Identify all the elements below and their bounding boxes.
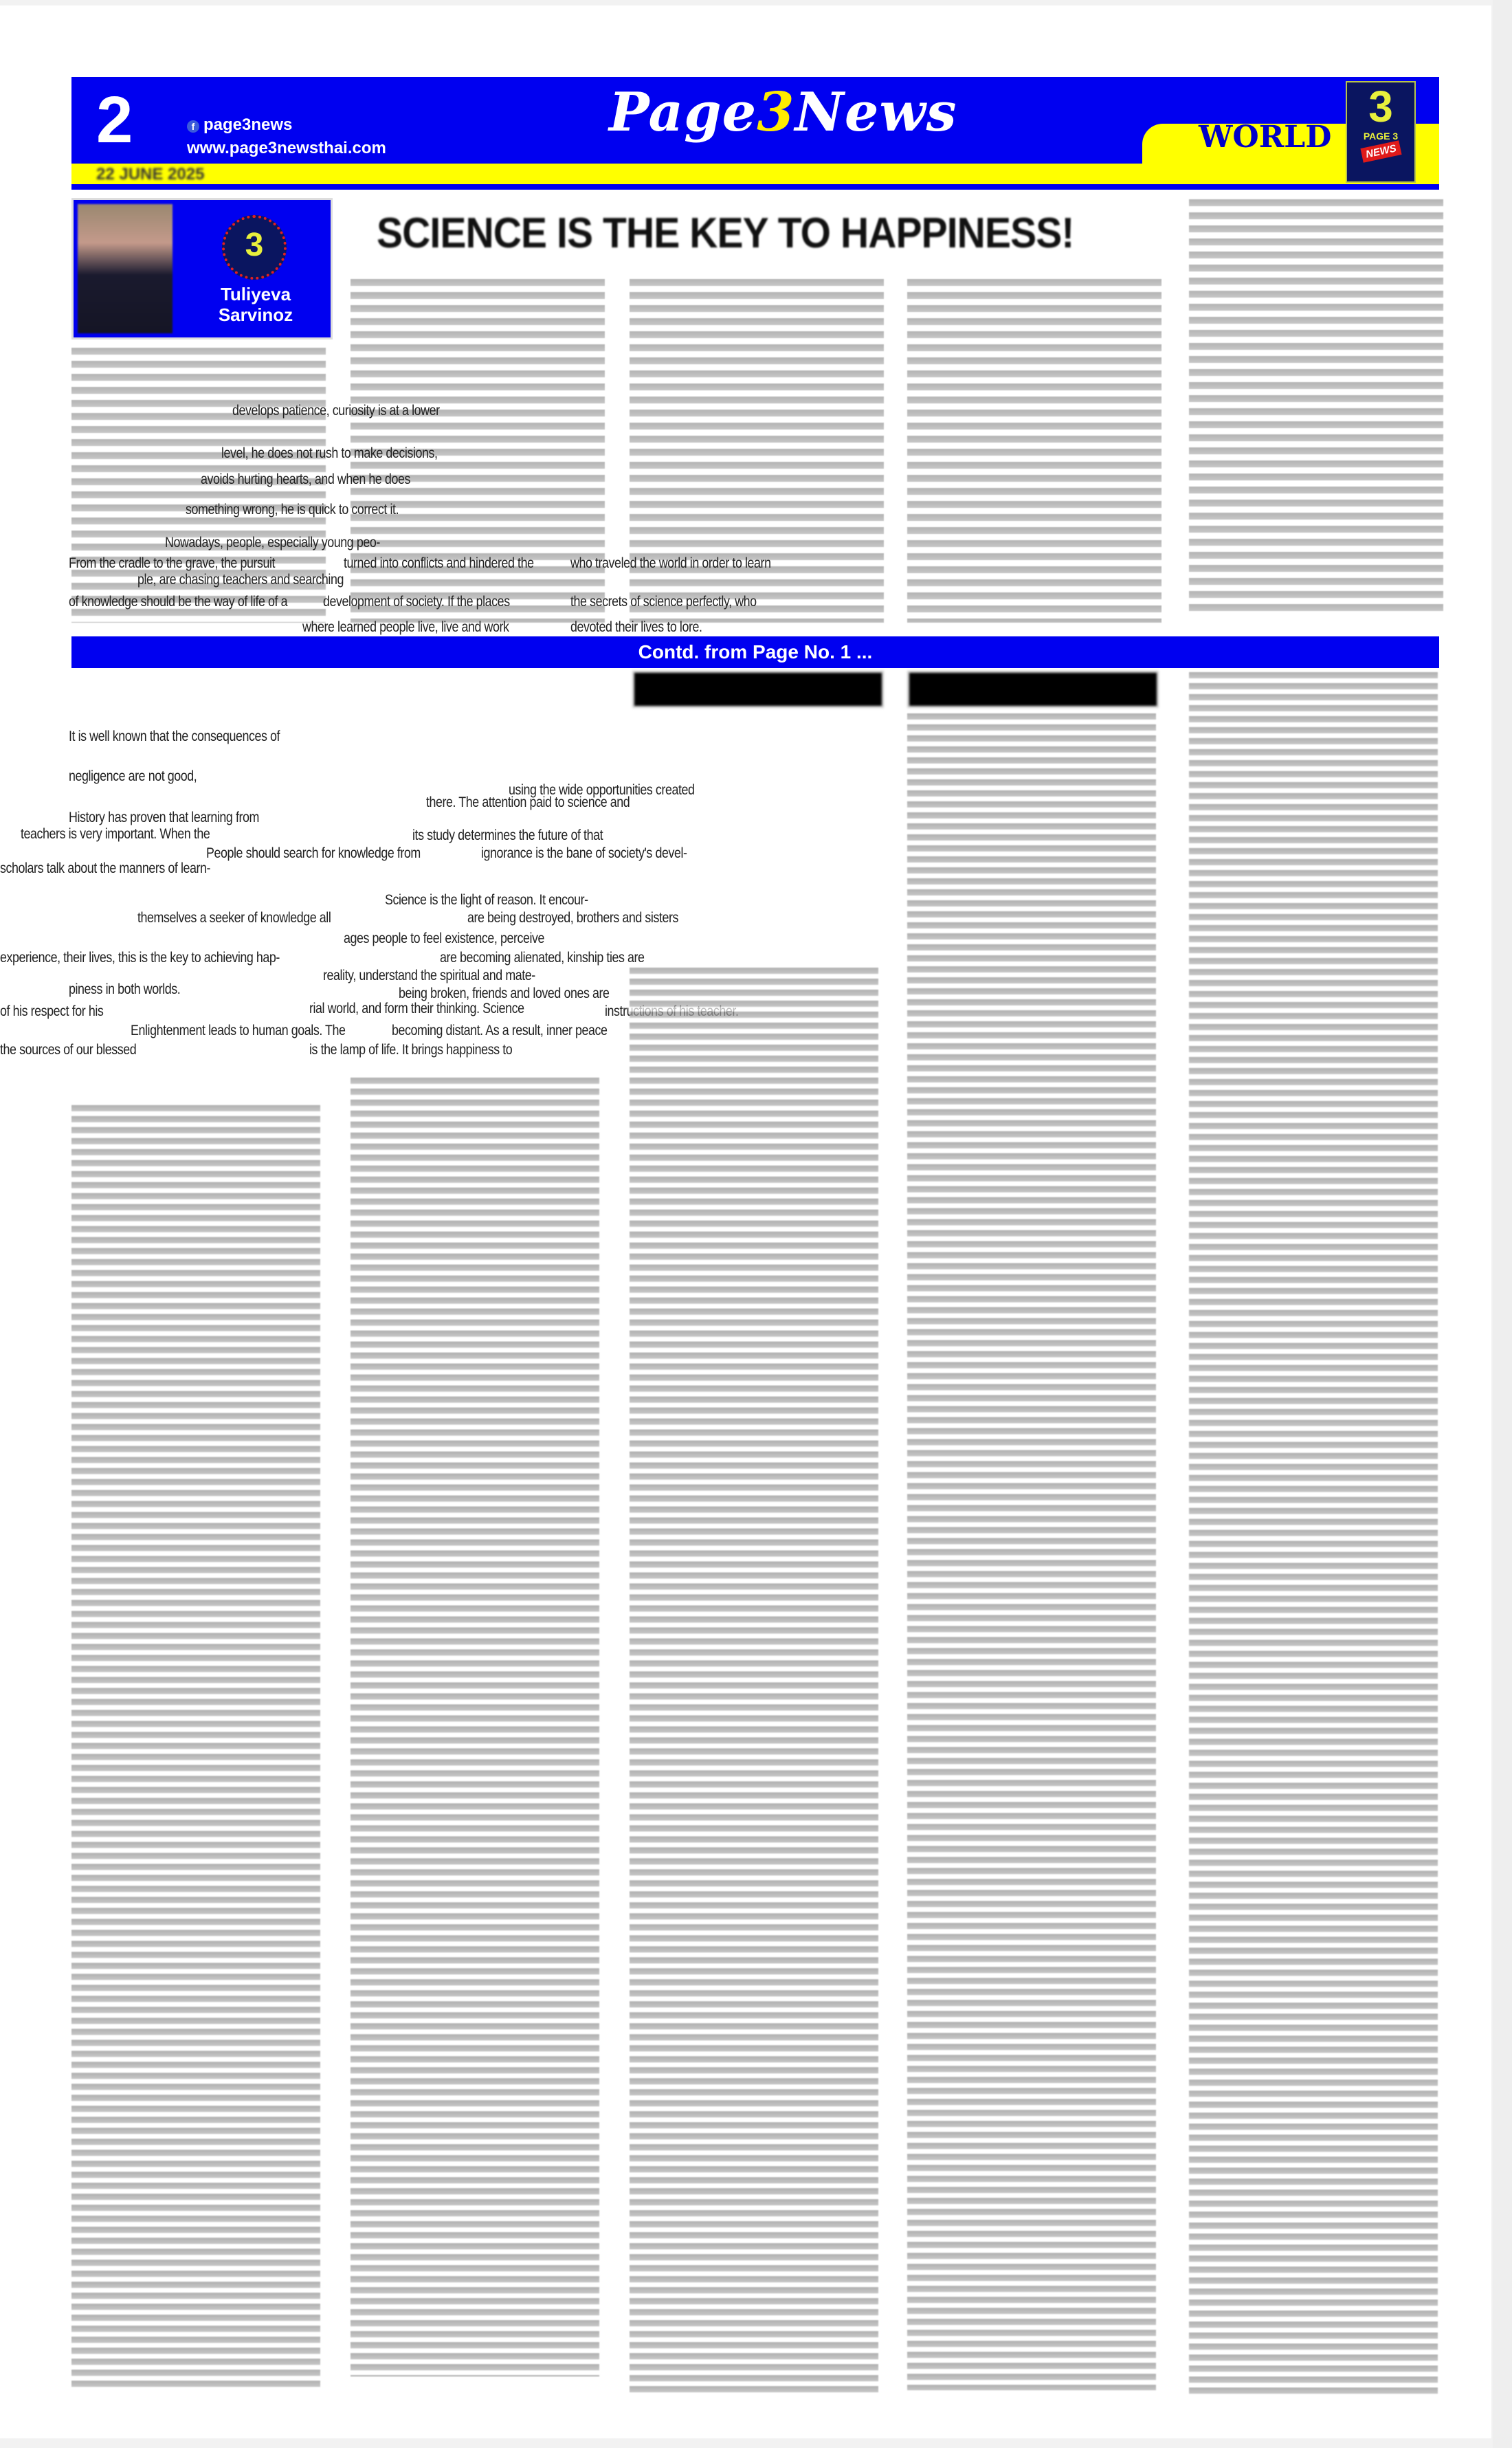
text-fragment: ages people to feel existence, perceive <box>344 931 544 947</box>
text-fragment: People should search for knowledge from <box>206 845 421 862</box>
text-fragment: devoted their lives to lore. <box>570 619 702 636</box>
text-fragment: who traveled the world in order to learn <box>570 555 771 572</box>
text-fragment: reality, understand the spiritual and ma… <box>323 968 535 984</box>
text-column <box>907 713 1156 2390</box>
text-fragment: level, he does not rush to make decision… <box>221 445 438 462</box>
facebook-link[interactable]: fpage3news <box>187 115 292 135</box>
logo-text-three: 3 <box>757 81 794 144</box>
text-fragment: avoids hurting hearts, and when he does <box>201 471 410 488</box>
continued-from-banner: Contd. from Page No. 1 ... <box>71 636 1439 668</box>
text-column <box>1189 672 1438 2397</box>
issue-date: 22 JUNE 2025 <box>96 165 204 184</box>
article-headline: SCIENCE IS THE KEY TO HAPPINESS! <box>377 209 1074 258</box>
text-fragment: piness in both worlds. <box>69 981 180 998</box>
author-photo <box>78 204 173 333</box>
masthead: 2 fpage3news www.page3newsthai.com 22 JU… <box>71 77 1439 190</box>
text-fragment: experience, their lives, this is the key… <box>0 950 280 966</box>
text-fragment: develops patience, curiosity is at a low… <box>232 403 440 419</box>
text-fragment: Nowadays, people, especially young peo- <box>165 535 380 551</box>
author-last-name: Sarvinoz <box>190 304 321 325</box>
page-number: 2 <box>96 82 133 158</box>
text-fragment: something wrong, he is quick to correct … <box>186 502 399 518</box>
column-headline-box <box>632 671 884 708</box>
text-fragment: themselves a seeker of knowledge all <box>137 910 331 926</box>
author-name: Tuliyeva Sarvinoz <box>190 284 321 325</box>
text-fragment: where learned people live, live and work <box>302 619 509 636</box>
text-fragment: teachers is very important. When the <box>21 826 210 843</box>
text-fragment: negligence are not good, <box>69 768 197 785</box>
author-first-name: Tuliyeva <box>190 284 321 304</box>
badge-news-text: NEWS <box>1360 140 1401 162</box>
facebook-handle: page3news <box>203 115 292 134</box>
text-fragment: becoming distant. As a result, inner pea… <box>392 1023 608 1039</box>
newspaper-page: 2 fpage3news www.page3newsthai.com 22 JU… <box>0 5 1491 2438</box>
section-label: WORLD <box>1199 120 1331 155</box>
text-fragment: rial world, and form their thinking. Sci… <box>309 1001 524 1017</box>
text-fragment: of his respect for his <box>0 1003 103 1020</box>
text-fragment: Science is the light of reason. It encou… <box>385 892 588 909</box>
text-fragment: being broken, friends and loved ones are <box>399 986 610 1002</box>
newspaper-logo: Page3News <box>609 81 957 144</box>
text-fragment: History has proven that learning from <box>69 810 259 826</box>
page3-round-logo-icon: 3 <box>222 215 287 280</box>
text-fragment: From the cradle to the grave, the pursui… <box>69 555 275 572</box>
text-fragment: development of society. If the places <box>323 594 510 610</box>
text-fragment: the secrets of science perfectly, who <box>570 594 757 610</box>
website-link[interactable]: www.page3newsthai.com <box>187 139 386 158</box>
text-fragment: scholars talk about the manners of learn… <box>0 860 210 877</box>
facebook-icon: f <box>187 120 199 133</box>
page3-badge-logo: 3 PAGE 3 NEWS <box>1346 81 1416 183</box>
logo-text-page: Page <box>609 81 757 144</box>
text-column <box>630 968 878 2394</box>
text-fragment: ple, are chasing teachers and searching <box>137 572 344 588</box>
text-fragment: It is well known that the consequences o… <box>69 728 280 745</box>
badge-number: 3 <box>1347 82 1414 131</box>
text-fragment: turned into conflicts and hindered the <box>344 555 534 572</box>
scrollbar[interactable] <box>1493 0 1512 2448</box>
text-fragment: is the lamp of life. It brings happiness… <box>309 1042 512 1058</box>
text-fragment: using the wide opportunities created <box>509 782 694 799</box>
text-fragment: are becoming alienated, kinship ties are <box>440 950 645 966</box>
text-fragment: of knowledge should be the way of life o… <box>69 594 287 610</box>
text-column <box>907 279 1161 623</box>
logo-text-news: News <box>795 81 957 144</box>
text-column <box>1189 199 1443 612</box>
text-fragment: Enlightenment leads to human goals. The <box>131 1023 346 1039</box>
author-box: 3 Tuliyeva Sarvinoz <box>71 198 333 340</box>
text-fragment: its study determines the future of that <box>412 827 603 844</box>
text-fragment: ignorance is the bane of society's devel… <box>481 845 687 862</box>
column-headline-box <box>907 671 1159 708</box>
text-fragment: are being destroyed, brothers and sister… <box>467 910 678 926</box>
text-fragment: the sources of our blessed <box>0 1042 136 1058</box>
text-column <box>351 1078 599 2377</box>
text-column <box>71 1105 320 2390</box>
badge-page-text: PAGE 3 <box>1347 131 1414 142</box>
